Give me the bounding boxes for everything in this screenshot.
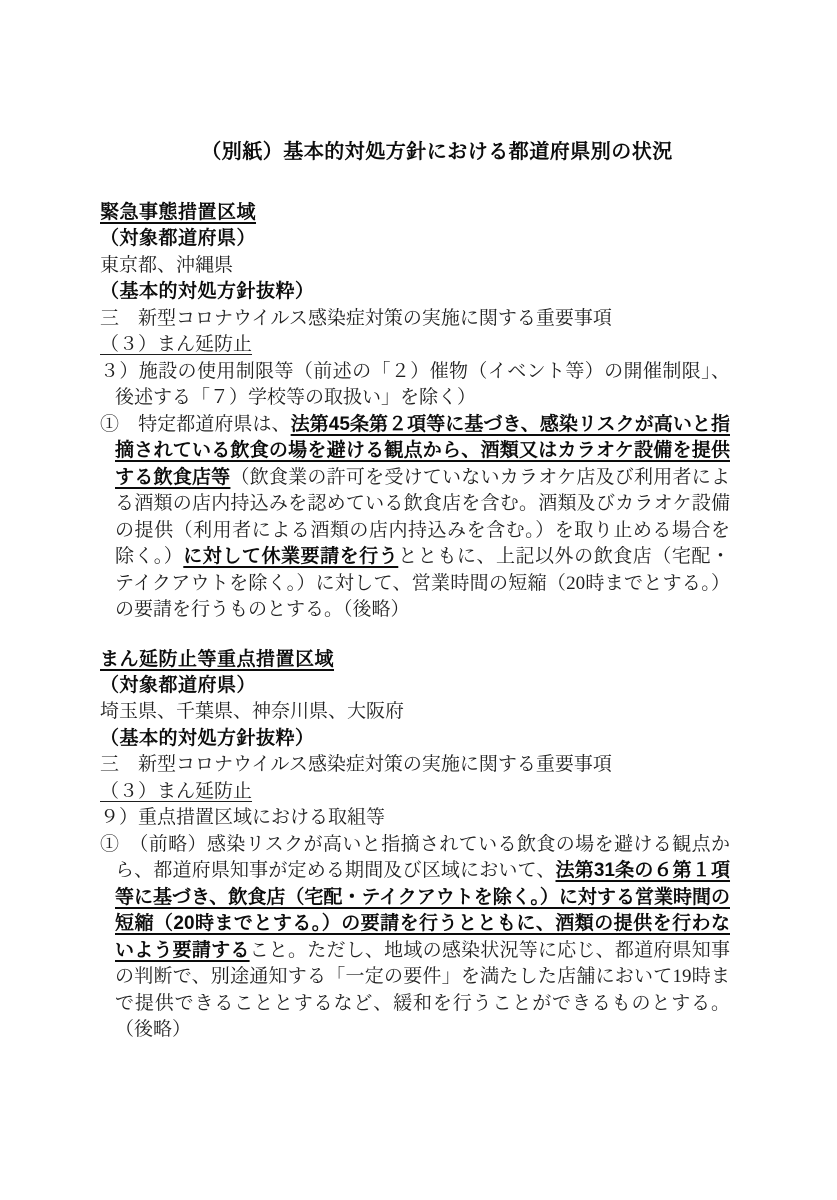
subject-prefectures-label: （対象都道府県）: [100, 673, 730, 700]
policy-excerpt-label: （基本的対処方針抜粋）: [100, 726, 730, 753]
paragraph: （３）まん延防止: [100, 779, 730, 806]
subject-prefectures-value: 埼玉県、千葉県、神奈川県、大阪府: [100, 699, 730, 726]
paragraph: ３）施設の使用制限等（前述の「２）催物（イベント等）の開催制限」、後述する「７）…: [100, 359, 730, 412]
emphasized-text: に対して休業要請を行う: [183, 546, 398, 567]
subject-prefectures-value: 東京都、沖縄県: [100, 253, 730, 280]
policy-excerpt-body: 三 新型コロナウイルス感染症対策の実施に関する重要事項（３）まん延防止９）重点措…: [100, 752, 730, 1044]
policy-excerpt-body: 三 新型コロナウイルス感染症対策の実施に関する重要事項（３）まん延防止３）施設の…: [100, 306, 730, 624]
item-marker: ①: [100, 414, 138, 435]
text-segment: 三 新型コロナウイルス感染症対策の実施に関する重要事項: [100, 308, 612, 329]
paragraph: 三 新型コロナウイルス感染症対策の実施に関する重要事項: [100, 752, 730, 779]
subject-prefectures-label: （対象都道府県）: [100, 226, 730, 253]
text-segment: ３）施設の使用制限等（前述の「２）催物（イベント等）の開催制限」、後述する「７）…: [100, 361, 730, 409]
text-segment: 三 新型コロナウイルス感染症対策の実施に関する重要事項: [100, 754, 612, 775]
paragraph: 三 新型コロナウイルス感染症対策の実施に関する重要事項: [100, 306, 730, 333]
section-priority-measures-area: まん延防止等重点措置区域 （対象都道府県） 埼玉県、千葉県、神奈川県、大阪府 （…: [100, 646, 730, 1044]
numbered-item: ① （前略）感染リスクが高いと指摘されている飲食の場を避ける観点から、都道府県知…: [100, 832, 730, 1044]
paragraph: ９）重点措置区域における取組等: [100, 805, 730, 832]
numbered-item: ① 特定都道府県は、法第45条第２項等に基づき、感染リスクが高いと指摘されている…: [100, 412, 730, 624]
section-emergency-measures-area: 緊急事態措置区域 （対象都道府県） 東京都、沖縄県 （基本的対処方針抜粋） 三 …: [100, 199, 730, 624]
section-heading: まん延防止等重点措置区域: [100, 646, 730, 673]
section-heading: 緊急事態措置区域: [100, 199, 730, 226]
paragraph: （３）まん延防止: [100, 332, 730, 359]
document-content: （別紙）基本的対処方針における都道府県別の状況 緊急事態措置区域 （対象都道府県…: [100, 138, 730, 1044]
text-segment: （３）まん延防止: [100, 334, 252, 355]
item-marker: ①: [100, 834, 139, 855]
document-title: （別紙）基本的対処方針における都道府県別の状況: [100, 138, 730, 166]
text-segment: （３）まん延防止: [100, 781, 252, 802]
policy-excerpt-label: （基本的対処方針抜粋）: [100, 279, 730, 306]
text-segment: 特定都道府県は、: [138, 414, 291, 435]
text-segment: ９）重点措置区域における取組等: [100, 807, 385, 828]
document-page: （別紙）基本的対処方針における都道府県別の状況 緊急事態措置区域 （対象都道府県…: [0, 0, 837, 1200]
